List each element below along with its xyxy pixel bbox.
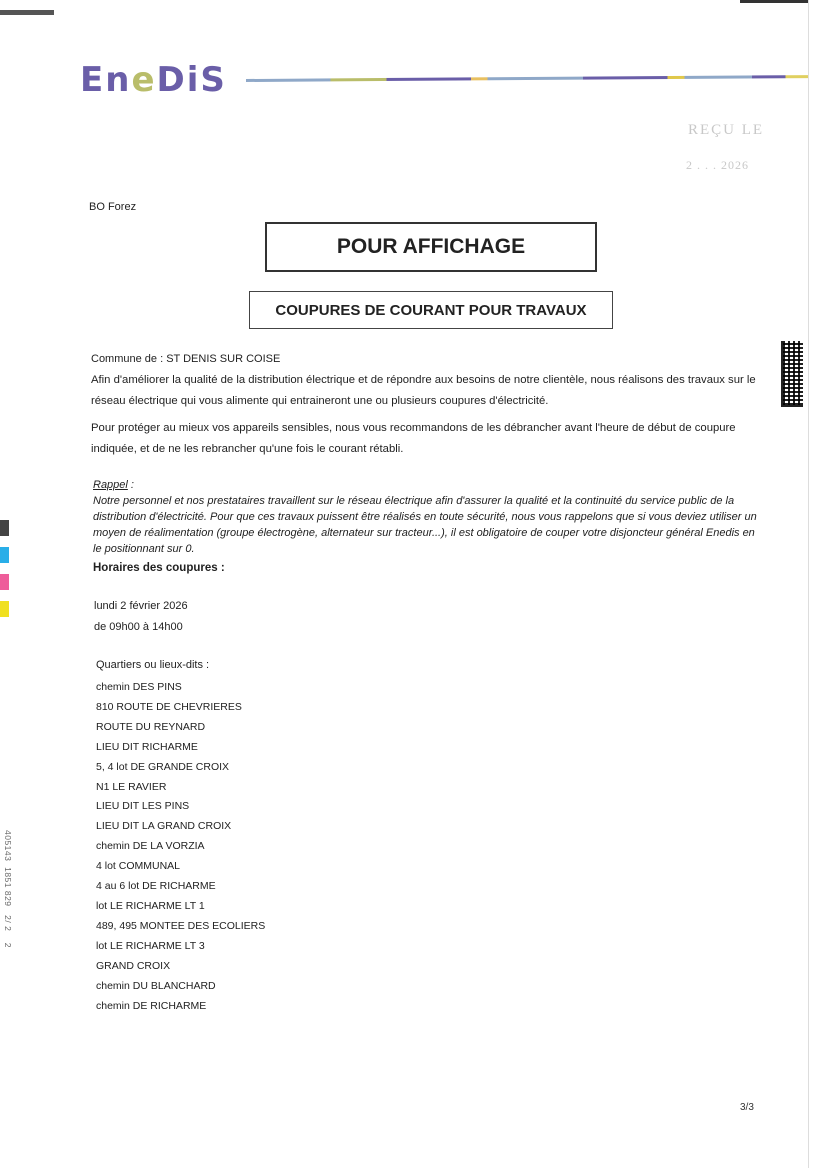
- scan-mark: [0, 10, 54, 15]
- print-tracking-code: 405143 1851 829 2/ 2 2: [3, 830, 13, 948]
- intro-paragraph: Afin d'améliorer la qualité de la distri…: [91, 370, 761, 412]
- color-calibration-mark: [0, 574, 9, 590]
- received-stamp-title: REÇU LE: [688, 122, 764, 139]
- place-item: chemin DES PINS: [96, 678, 265, 698]
- logo-text-accent: e: [131, 60, 156, 100]
- place-item: ROUTE DU REYNARD: [96, 718, 265, 738]
- place-item: LIEU DIT LA GRAND CROIX: [96, 817, 265, 837]
- page-edge: [808, 0, 809, 1168]
- page-number: 3/3: [740, 1102, 754, 1113]
- color-calibration-mark: [0, 520, 9, 536]
- place-item: lot LE RICHARME LT 3: [96, 937, 265, 957]
- reminder-heading: Rappel :: [93, 477, 763, 493]
- reminder-separator: :: [128, 479, 134, 491]
- logo-text: DiS: [157, 60, 227, 100]
- sender: BO Forez: [89, 201, 136, 213]
- place-item: 489, 495 MONTEE DES ECOLIERS: [96, 917, 265, 937]
- place-item: LIEU DIT RICHARME: [96, 738, 265, 758]
- outage-date: lundi 2 février 2026: [94, 600, 188, 612]
- schedule-title: Horaires des coupures :: [93, 562, 225, 574]
- commune: Commune de : ST DENIS SUR COISE: [91, 353, 280, 365]
- place-item: 810 ROUTE DE CHEVRIERES: [96, 698, 265, 718]
- logo-text: En: [80, 60, 131, 100]
- datamatrix-barcode: [781, 341, 803, 407]
- subject-text: COUPURES DE COURANT POUR TRAVAUX: [275, 302, 586, 319]
- place-item: chemin DU BLANCHARD: [96, 977, 265, 997]
- place-item: lot LE RICHARME LT 1: [96, 897, 265, 917]
- places-title: Quartiers ou lieux-dits :: [96, 659, 209, 671]
- place-item: 4 lot COMMUNAL: [96, 857, 265, 877]
- display-notice-text: POUR AFFICHAGE: [337, 235, 525, 259]
- enedis-logo: EneDiS: [80, 60, 227, 100]
- place-item: chemin DE LA VORZIA: [96, 837, 265, 857]
- place-item: GRAND CROIX: [96, 957, 265, 977]
- scan-mark: [740, 0, 808, 3]
- place-item: chemin DE RICHARME: [96, 997, 265, 1017]
- place-item: LIEU DIT LES PINS: [96, 797, 265, 817]
- reminder-title: Rappel: [93, 479, 128, 491]
- place-item: N1 LE RAVIER: [96, 778, 265, 798]
- display-notice-title: POUR AFFICHAGE: [265, 222, 597, 272]
- advice-paragraph: Pour protéger au mieux vos appareils sen…: [91, 418, 761, 460]
- places-list: chemin DES PINS810 ROUTE DE CHEVRIERESRO…: [96, 678, 265, 1016]
- outage-time: de 09h00 à 14h00: [94, 621, 183, 633]
- place-item: 4 au 6 lot DE RICHARME: [96, 877, 265, 897]
- color-calibration-mark: [0, 601, 9, 617]
- received-stamp-date: 2 . . . 2026: [686, 158, 749, 173]
- place-item: 5, 4 lot DE GRANDE CROIX: [96, 758, 265, 778]
- reminder-block: Rappel : Notre personnel et nos prestata…: [93, 477, 763, 557]
- subject-title: COUPURES DE COURANT POUR TRAVAUX: [249, 291, 613, 329]
- reminder-text: Notre personnel et nos prestataires trav…: [93, 493, 763, 557]
- logo-divider-line: [246, 75, 808, 82]
- color-calibration-mark: [0, 547, 9, 563]
